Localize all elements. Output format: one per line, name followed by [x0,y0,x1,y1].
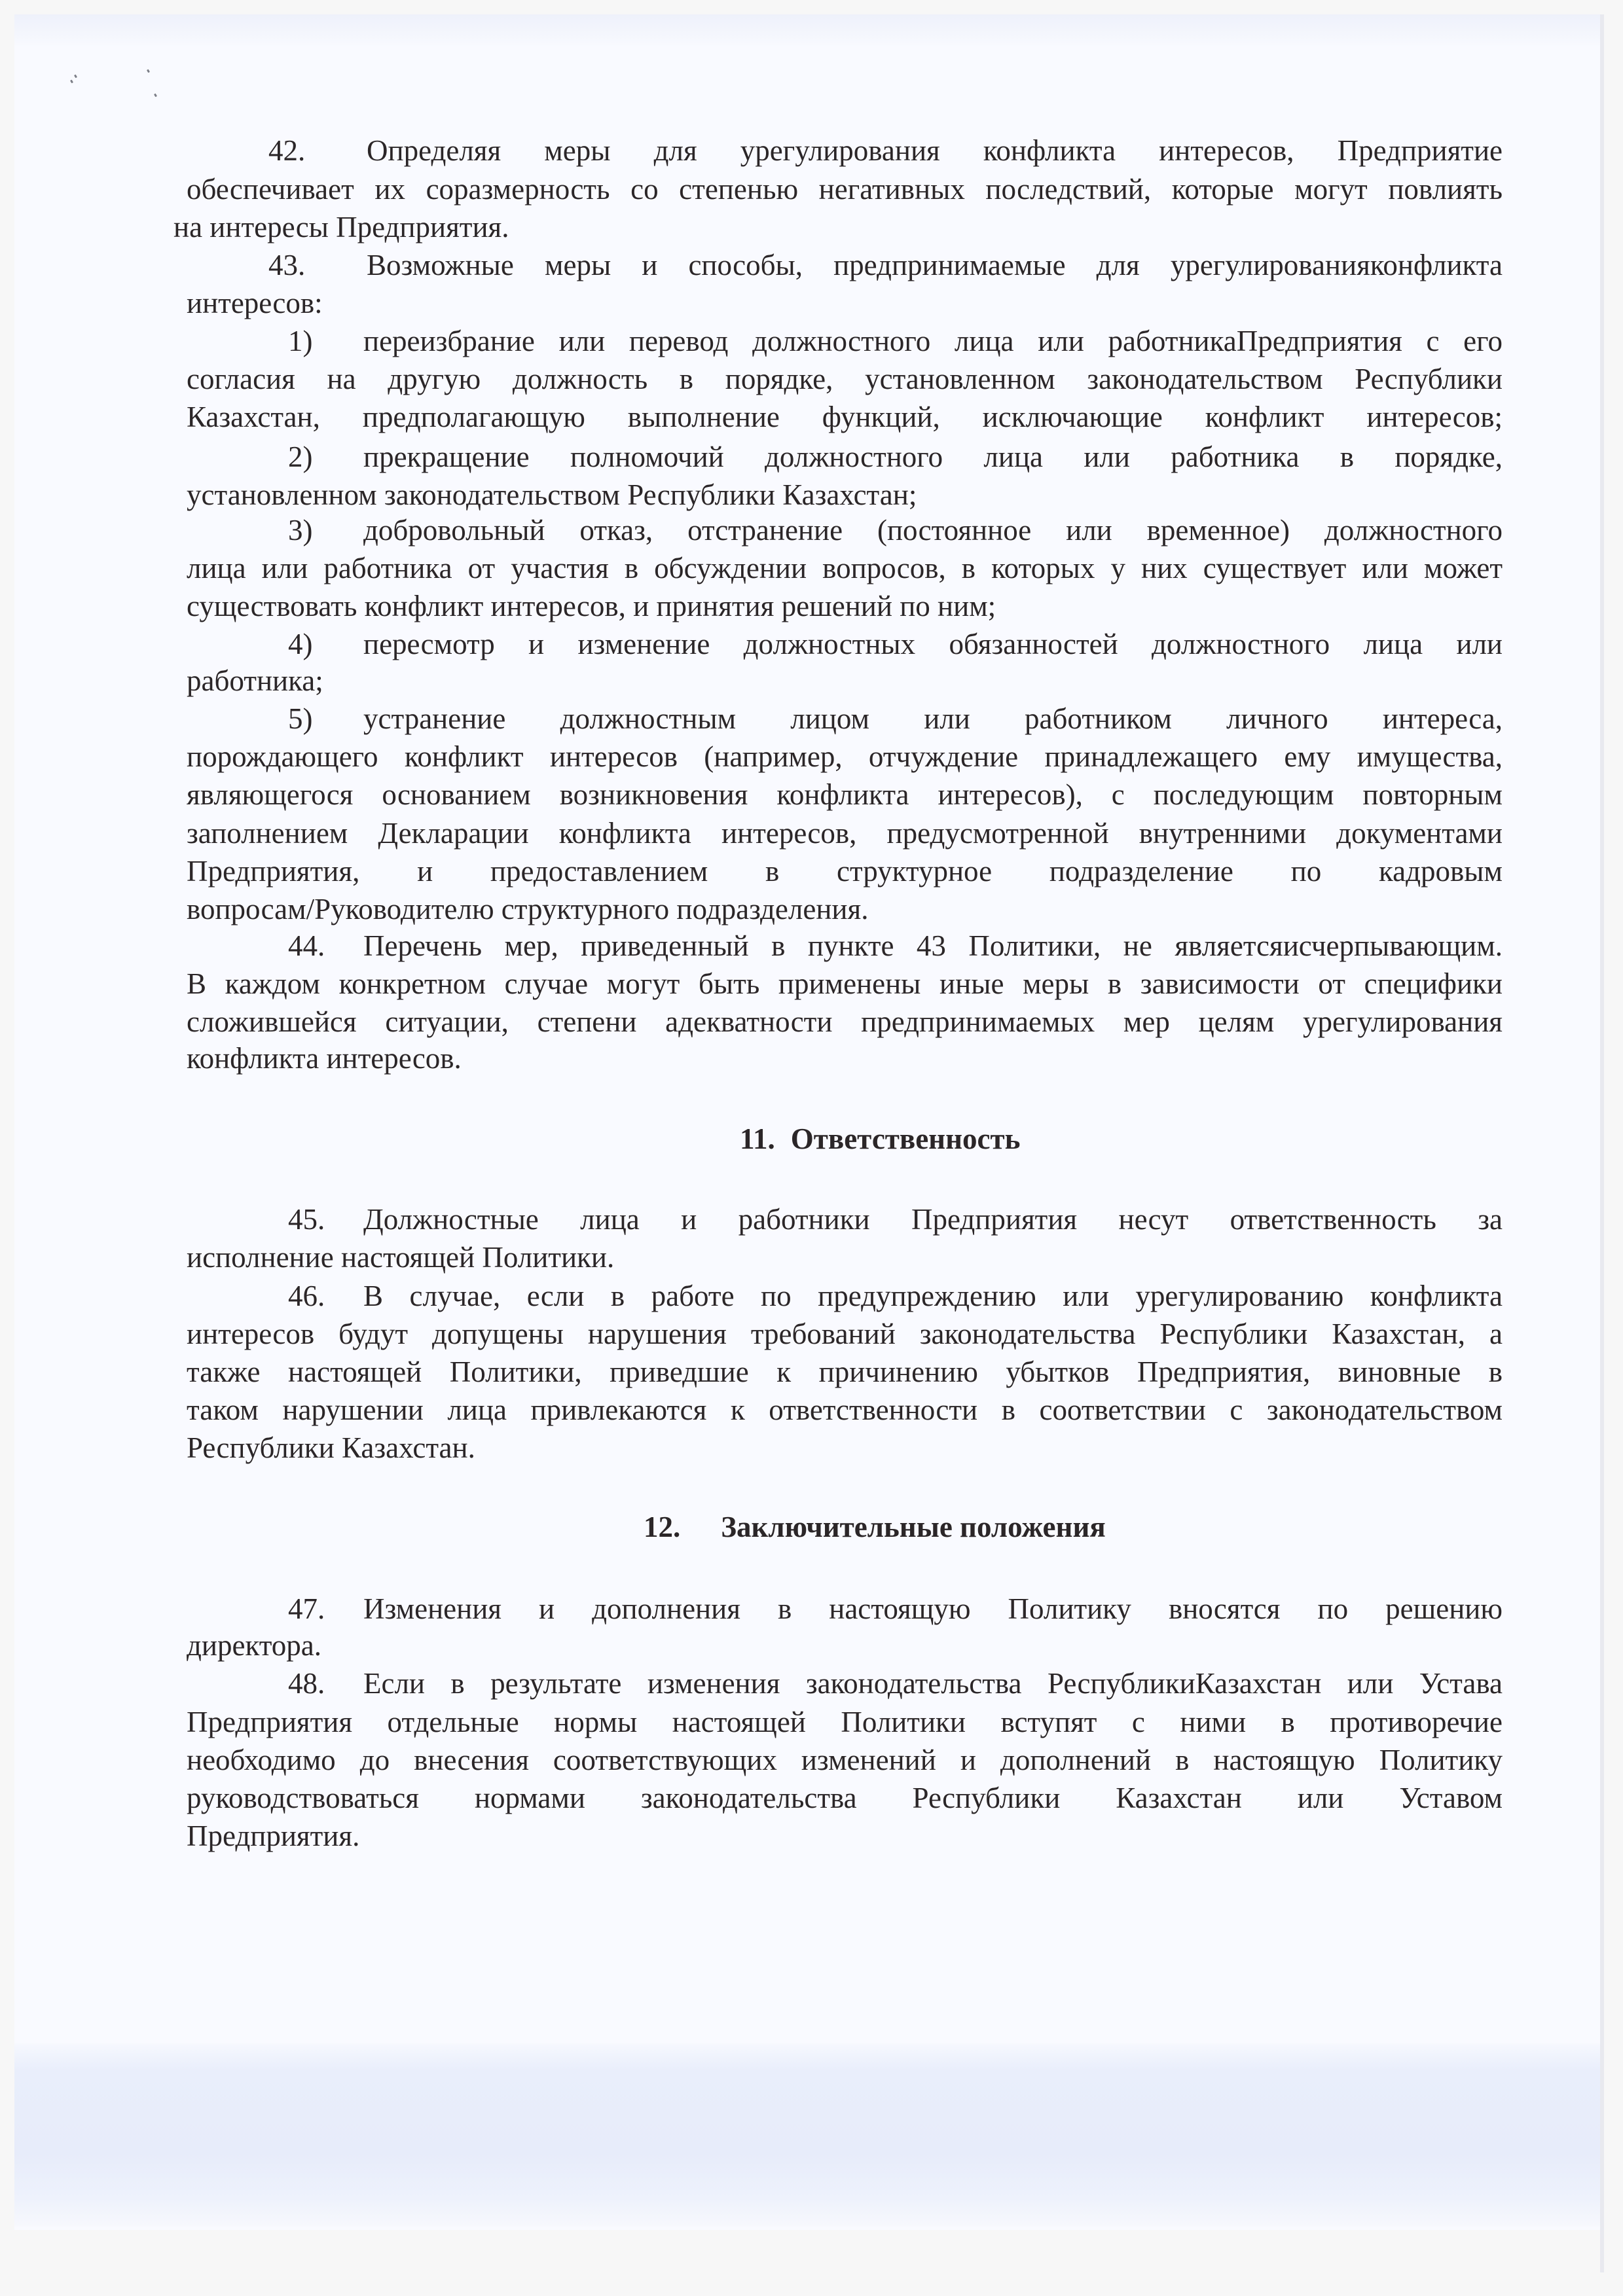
speck [147,69,150,73]
list-item-3-line-2: лица или работника от участия в обсужден… [187,550,1503,586]
speck [154,94,157,98]
scan-top-shadow [14,14,1604,47]
paragraph-46-line-2: интересов будут допущены нарушения требо… [187,1316,1503,1352]
paragraph-48-line-4: руководствоваться нормами законодательст… [187,1780,1503,1816]
scan-right-edge [1600,14,1604,2272]
list-item-text: пересмотр и изменение должностных обязан… [363,626,1503,662]
paragraph-48-line-1: 48. Если в результате изменения законода… [288,1665,1503,1702]
paragraph-46-line-3: также настоящей Политики, приведшие к пр… [187,1354,1503,1390]
list-item-2-line-2: установленном законодательством Республи… [187,476,917,513]
list-item-5-line-4: заполнением Декларации конфликта интерес… [187,815,1503,852]
paragraph-text: Если в результате изменения законодатель… [363,1665,1503,1702]
paragraph-number: 47. [288,1590,363,1627]
paragraph-text: Должностные лица и работники Предприятия… [363,1201,1503,1238]
section-heading-11: 11.Ответственность [740,1121,1020,1157]
paragraph-text: Перечень мер, приведенный в пункте 43 По… [363,927,1503,964]
paragraph-48-line-2: Предприятия отдельные нормы настоящей По… [187,1704,1503,1740]
list-item-number: 4) [288,626,363,662]
paragraph-44-line-1: 44. Перечень мер, приведенный в пункте 4… [288,927,1503,964]
paragraph-42-line-2: обеспечивает их соразмерность со степень… [187,171,1503,207]
list-item-5-line-1: 5) устранение должностным лицом или рабо… [288,700,1503,737]
list-item-number: 5) [288,700,363,737]
scan-specks [67,67,198,106]
list-item-1-line-1: 1) переизбрание или перевод должностного… [288,323,1503,359]
list-item-text: добровольный отказ, отстранение (постоян… [363,512,1503,548]
list-item-3-line-1: 3) добровольный отказ, отстранение (пост… [288,512,1503,548]
paragraph-47-line-2: директора. [187,1627,321,1664]
list-item-4-line-2: работника; [187,662,323,699]
paragraph-text: Определяя меры для урегулирования конфли… [367,132,1503,169]
paragraph-48-line-5: Предприятия. [187,1818,359,1854]
paragraph-44-line-3: сложившейся ситуации, степени адекватнос… [187,1003,1503,1040]
paragraph-42-line-3: на интересы Предприятия. [173,209,509,245]
paragraph-number: 44. [288,927,363,964]
paragraph-42-line-1: 42. Определяя меры для урегулирования ко… [268,132,1503,169]
section-number: 12. [644,1509,680,1545]
speck [74,75,77,79]
list-item-1-line-2: согласия на другую должность в порядке, … [187,361,1503,397]
list-item-number: 1) [288,323,363,359]
paragraph-text: В случае, если в работе по предупреждени… [363,1278,1503,1314]
list-item-5-line-3: являющегося основанием возникновения кон… [187,776,1503,813]
paragraph-47-line-1: 47. Изменения и дополнения в настоящую П… [288,1590,1503,1627]
list-item-text: прекращение полномочий должностного лица… [363,439,1503,475]
paragraph-46-line-5: Республики Казахстан. [187,1429,475,1466]
list-item-number: 2) [288,439,363,475]
paragraph-45-line-2: исполнение настоящей Политики. [187,1239,614,1276]
list-item-2-line-1: 2) прекращение полномочий должностного л… [288,439,1503,475]
paragraph-45-line-1: 45. Должностные лица и работники Предпри… [288,1201,1503,1238]
paragraph-44-line-4: конфликта интересов. [187,1040,462,1077]
list-item-number: 3) [288,512,363,548]
list-item-1-line-3: Казахстан, предполагающую выполнение фун… [187,399,1503,435]
paragraph-text: Изменения и дополнения в настоящую Полит… [363,1590,1503,1627]
paragraph-text: Возможные меры и способы, предпринимаемы… [367,247,1503,283]
section-heading-12: 12.Заключительные положения [644,1509,1106,1545]
section-title: Ответственность [791,1122,1021,1155]
list-item-5-line-5: Предприятия, и предоставлением в структу… [187,853,1503,889]
list-item-5-line-2: порождающего конфликт интересов (наприме… [187,738,1503,775]
list-item-5-line-6: вопросам/Руководителю структурного подра… [187,891,868,927]
paragraph-number: 43. [268,247,367,283]
paragraph-46-line-1: 46. В случае, если в работе по предупреж… [288,1278,1503,1314]
paragraph-number: 46. [288,1278,363,1314]
paragraph-43-line-2: интересов: [187,285,323,321]
section-number: 11. [740,1121,775,1157]
speck [70,80,73,84]
list-item-text: устранение должностным лицом или работни… [363,700,1503,737]
paragraph-number: 48. [288,1665,363,1702]
list-item-3-line-3: существовать конфликт интересов, и приня… [187,588,996,624]
list-item-4-line-1: 4) пересмотр и изменение должностных обя… [288,626,1503,662]
paragraph-46-line-4: таком нарушении лица привлекаются к отве… [187,1391,1503,1428]
section-title: Заключительные положения [721,1511,1105,1543]
list-item-text: переизбрание или перевод должностного ли… [363,323,1503,359]
paragraph-43-line-1: 43. Возможные меры и способы, предприним… [268,247,1503,283]
paragraph-44-line-2: В каждом конкретном случае могут быть пр… [187,965,1503,1002]
paragraph-number: 45. [288,1201,363,1238]
scan-bottom-band [14,2043,1604,2227]
paragraph-number: 42. [268,132,367,169]
paragraph-48-line-3: необходимо до внесения соответствующих и… [187,1742,1503,1778]
